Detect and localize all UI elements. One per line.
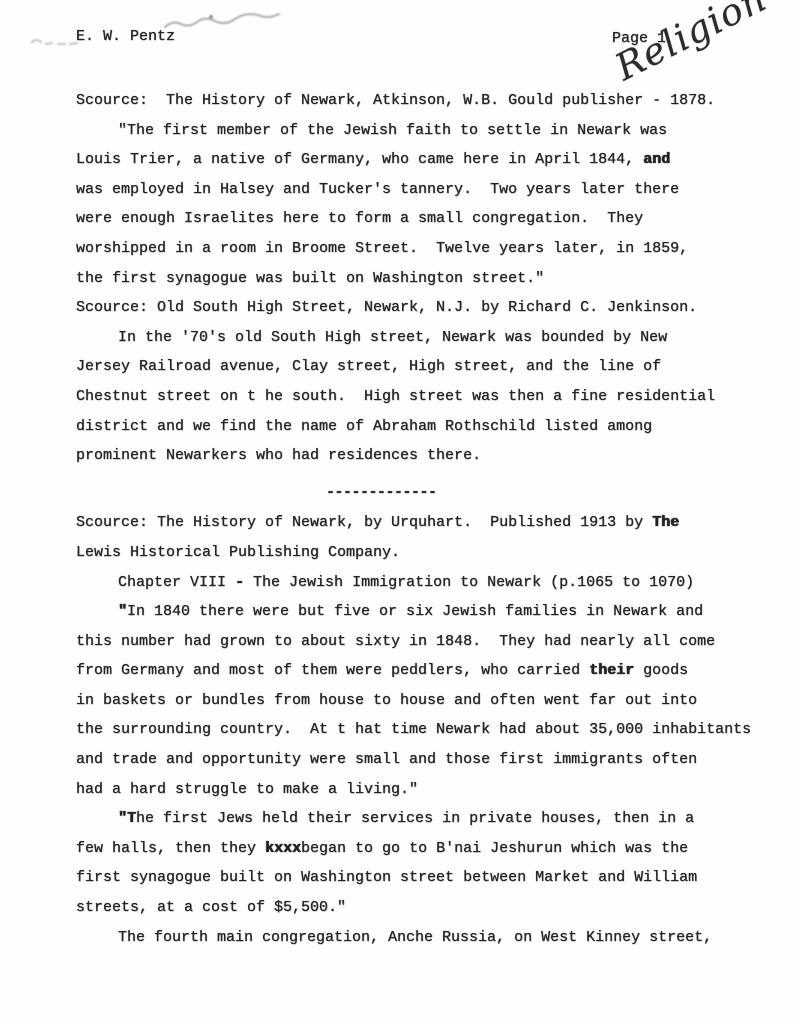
line-text: were enough Israelites here to form a sm… <box>76 210 643 227</box>
document-line: district and we find the name of Abraham… <box>76 412 776 442</box>
line-text: from Germany and most of them were peddl… <box>76 662 589 679</box>
line-text: Scource: The History of Newark, by Urquh… <box>76 514 652 531</box>
document-line: "The first Jews held their services in p… <box>76 804 776 834</box>
document-line: had a hard struggle to make a living." <box>76 775 776 805</box>
overstruck-text: and <box>643 151 670 168</box>
document-line: prominent Newarkers who had residences t… <box>76 441 776 471</box>
line-text: this number had grown to about sixty in … <box>76 633 715 650</box>
document-line: streets, at a cost of $5,500." <box>76 893 776 923</box>
line-text: had a hard struggle to make a living." <box>76 781 418 798</box>
line-text: In 1840 there were but five or six Jewis… <box>127 603 703 620</box>
line-text: ------------- <box>326 484 437 501</box>
overstruck-text: their <box>589 662 634 679</box>
overstruck-text: " <box>118 603 127 620</box>
document-line: were enough Israelites here to form a sm… <box>76 204 776 234</box>
document-line: Chapter VIII - The Jewish Immigration to… <box>76 568 776 598</box>
document-line: this number had grown to about sixty in … <box>76 627 776 657</box>
document-line: few halls, then they kxxxbegan to go to … <box>76 834 776 864</box>
document-line: the surrounding country. At t hat time N… <box>76 715 776 745</box>
line-text: "The first member of the Jewish faith to… <box>118 122 667 139</box>
line-text: began to go to B'nai Jeshurun which was … <box>301 840 688 857</box>
document-line: Jersey Railroad avenue, Clay street, Hig… <box>76 352 776 382</box>
document-line: worshipped in a room in Broome Street. T… <box>76 234 776 264</box>
section-divider: ------------- <box>76 478 776 508</box>
overstruck-text: - <box>235 574 244 591</box>
line-text: few halls, then they <box>76 840 265 857</box>
document-line: Scource: Old South High Street, Newark, … <box>76 293 776 323</box>
handwritten-annotation: Religion <box>608 0 773 89</box>
line-text: Scource: The History of Newark, Atkinson… <box>76 92 715 109</box>
line-text: worshipped in a room in Broome Street. T… <box>76 240 688 257</box>
document-body: Scource: The History of Newark, Atkinson… <box>76 86 776 952</box>
document-line: Louis Trier, a native of Germany, who ca… <box>76 145 776 175</box>
line-text: the first synagogue was built on Washing… <box>76 270 544 287</box>
overstruck-text: kxxx <box>265 840 301 857</box>
document-line: was employed in Halsey and Tucker's tann… <box>76 175 776 205</box>
line-text: In the '70's old South High street, Newa… <box>118 329 667 346</box>
document-line: in baskets or bundles from house to hous… <box>76 686 776 716</box>
overstruck-text: "T <box>118 810 136 827</box>
document-page: E. W. Pentz Page 1 Religion Scource: The… <box>0 0 796 1024</box>
header-author: E. W. Pentz <box>76 28 175 45</box>
line-text: and trade and opportunity were small and… <box>76 751 697 768</box>
document-line: "The first member of the Jewish faith to… <box>76 116 776 146</box>
line-text: in baskets or bundles from house to hous… <box>76 692 697 709</box>
document-line: "In 1840 there were but five or six Jewi… <box>76 597 776 627</box>
document-line: Lewis Historical Publishing Company. <box>76 538 776 568</box>
document-line: The fourth main congregation, Anche Russ… <box>76 923 776 953</box>
line-text: Chapter VIII <box>118 574 235 591</box>
line-text: district and we find the name of Abraham… <box>76 418 652 435</box>
line-text: was employed in Halsey and Tucker's tann… <box>76 181 679 198</box>
line-text: Lewis Historical Publishing Company. <box>76 544 400 561</box>
line-text: The Jewish Immigration to Newark (p.1065… <box>244 574 694 591</box>
line-text: Scource: Old South High Street, Newark, … <box>76 299 697 316</box>
document-line: and trade and opportunity were small and… <box>76 745 776 775</box>
document-line: Scource: The History of Newark, by Urquh… <box>76 508 776 538</box>
overstruck-text: The <box>652 514 679 531</box>
line-text: first synagogue built on Washington stre… <box>76 869 697 886</box>
document-line: Chestnut street on t he south. High stre… <box>76 382 776 412</box>
ink-smudge <box>163 13 283 35</box>
document-line: Scource: The History of Newark, Atkinson… <box>76 86 776 116</box>
document-line: first synagogue built on Washington stre… <box>76 863 776 893</box>
document-line: from Germany and most of them were peddl… <box>76 656 776 686</box>
line-text: prominent Newarkers who had residences t… <box>76 447 481 464</box>
line-text: streets, at a cost of $5,500." <box>76 899 346 916</box>
document-line: In the '70's old South High street, Newa… <box>76 323 776 353</box>
line-text: Jersey Railroad avenue, Clay street, Hig… <box>76 358 661 375</box>
line-text: Chestnut street on t he south. High stre… <box>76 388 715 405</box>
line-text: Louis Trier, a native of Germany, who ca… <box>76 151 643 168</box>
line-text: goods <box>634 662 688 679</box>
document-line: the first synagogue was built on Washing… <box>76 264 776 294</box>
line-text: he first Jews held their services in pri… <box>136 810 694 827</box>
line-text: the surrounding country. At t hat time N… <box>76 721 751 738</box>
line-text: The fourth main congregation, Anche Russ… <box>118 929 712 946</box>
